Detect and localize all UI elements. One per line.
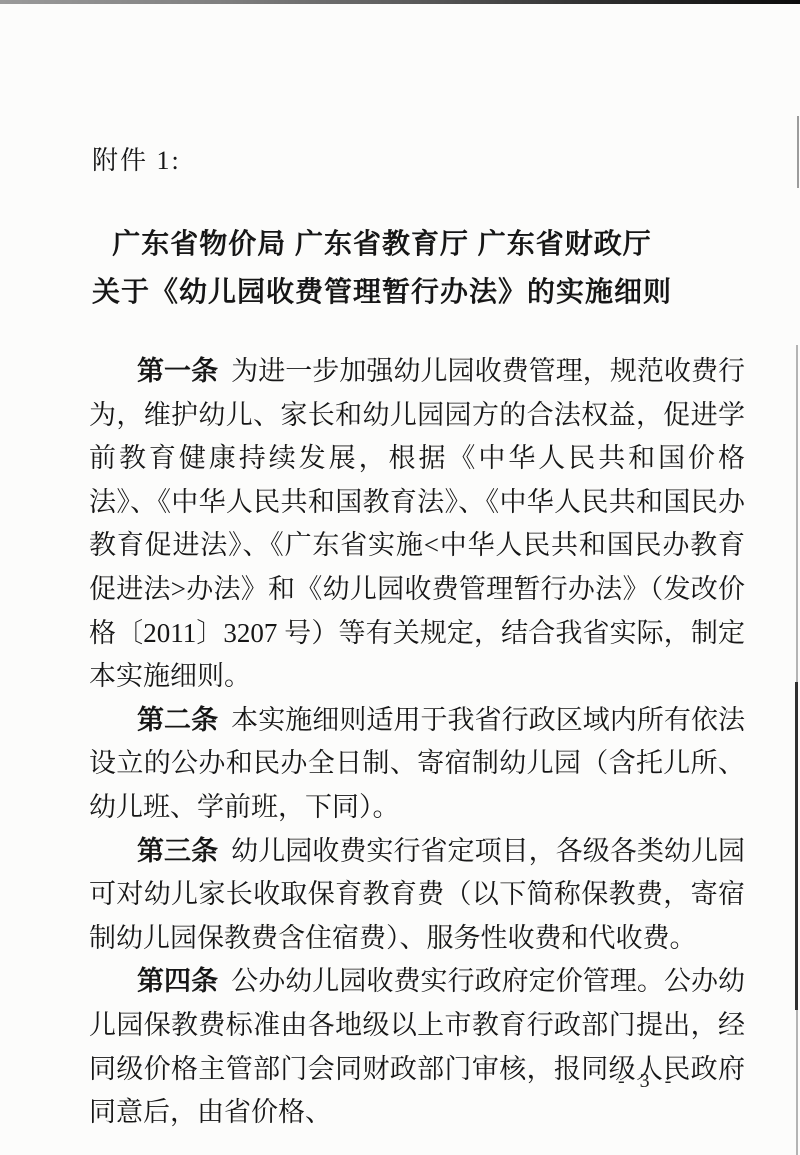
article-paragraph-2: 第二条本实施细则适用于我省行政区域内所有依法设立的公办和民办全日制、寄宿制幼儿园…	[89, 699, 745, 830]
article-2-label: 第二条	[137, 705, 218, 735]
document-title-line2: 关于《幼儿园收费管理暂行办法》的实施细则	[72, 268, 692, 316]
scanned-document-page: 附件 1: 广东省物价局 广东省教育厅 广东省财政厅 关于《幼儿园收费管理暂行办…	[0, 0, 800, 1155]
article-paragraph-3: 第三条幼儿园收费实行省定项目，各级各类幼儿园可对幼儿家长收取保育教育费（以下简称…	[89, 830, 745, 961]
article-paragraph-4: 第四条公办幼儿园收费实行政府定价管理。公办幼儿园保教费标准由各地级以上市教育行政…	[89, 960, 745, 1134]
scan-artifact-top-edge	[0, 0, 800, 4]
article-paragraph-1: 第一条为进一步加强幼儿园收费管理，规范收费行为，维护幼儿、家长和幼儿园园方的合法…	[89, 350, 745, 699]
attachment-label: 附件 1:	[92, 140, 181, 177]
document-title: 广东省物价局 广东省教育厅 广东省财政厅 关于《幼儿园收费管理暂行办法》的实施细…	[72, 220, 692, 316]
page-number: - 3 -	[618, 1070, 676, 1093]
article-1-text: 为进一步加强幼儿园收费管理，规范收费行为，维护幼儿、家长和幼儿园园方的合法权益，…	[89, 356, 745, 691]
article-3-label: 第三条	[137, 836, 218, 866]
article-4-label: 第四条	[137, 966, 218, 996]
article-1-label: 第一条	[137, 356, 218, 386]
scan-artifact-right-edge-upper	[797, 116, 799, 188]
scan-artifact-right-edge-dark	[795, 682, 798, 1010]
document-body: 第一条为进一步加强幼儿园收费管理，规范收费行为，维护幼儿、家长和幼儿园园方的合法…	[89, 350, 745, 1135]
document-title-line1: 广东省物价局 广东省教育厅 广东省财政厅	[72, 220, 692, 268]
